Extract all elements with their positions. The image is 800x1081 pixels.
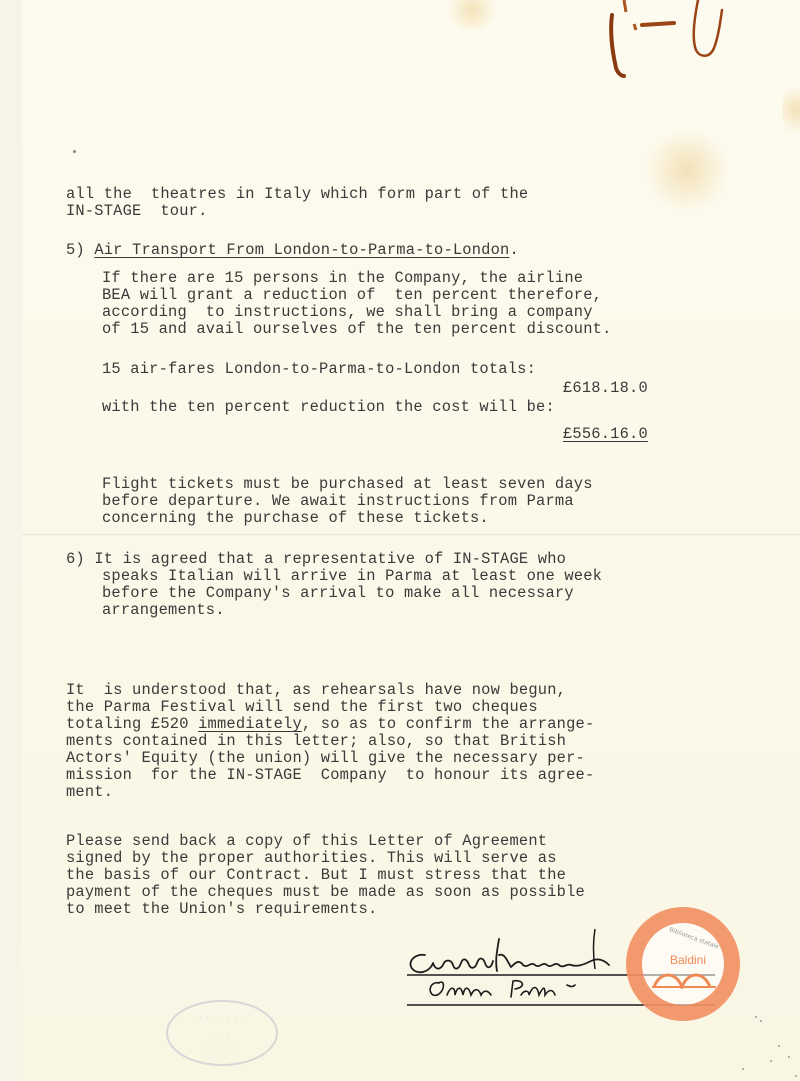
- watermark-name: Baldini: [670, 953, 706, 967]
- closing1-line3: totaling £520 immediately, so as to conf…: [66, 716, 594, 733]
- speckle: [770, 1060, 772, 1062]
- closing2-line3: the basis of our Contract. But I must st…: [66, 867, 566, 884]
- underlined-immediately: immediately: [198, 715, 302, 733]
- watermark-small-text: Biblioteca statale: [668, 926, 719, 950]
- speckle: [795, 1075, 797, 1077]
- section-5-para2-line1: Flight tickets must be purchased at leas…: [102, 476, 593, 493]
- book-arches-icon: [652, 967, 716, 989]
- speckle: [788, 1056, 790, 1058]
- paper-fold-line: [22, 534, 800, 535]
- section-6-line3: before the Company's arrival to make all…: [102, 585, 574, 602]
- baldini-library-watermark: Biblioteca statale Baldini: [626, 907, 740, 1021]
- closing2-line4: payment of the cheques must be made as s…: [66, 884, 585, 901]
- fares-line-1: 15 air-fares London-to-Parma-to-London t…: [102, 361, 536, 378]
- discounted-total-value: £556.16.0: [563, 425, 648, 443]
- fares-total: £618.18.0: [563, 380, 648, 397]
- speckle: [778, 1045, 780, 1047]
- paperclip-rust-mark: [598, 0, 738, 80]
- paper-stain: [782, 80, 800, 140]
- closing1-line5: Actors' Equity (the union) will give the…: [66, 750, 585, 767]
- closing1-line1: It is understood that, as rehearsals hav…: [66, 682, 566, 699]
- heading-text: Air Transport From London-to-Parma-to-Lo…: [94, 241, 509, 259]
- section-5-para2-line2: before departure. We await instructions …: [102, 493, 574, 510]
- closing1-line6: mission for the IN-STAGE Company to hono…: [66, 767, 594, 784]
- section-5-para1-line4: of 15 and avail ourselves of the ten per…: [102, 321, 612, 338]
- fares-line-2: with the ten percent reduction the cost …: [102, 399, 555, 416]
- paper-stain: [442, 0, 502, 30]
- fares-discounted-total: £556.16.0: [563, 426, 648, 443]
- section-6-text: It is agreed that a representative of IN…: [94, 550, 566, 568]
- closing2-line5: to meet the Union's requirements.: [66, 901, 377, 918]
- speckle: [760, 1020, 762, 1022]
- heading-period: .: [510, 241, 519, 259]
- closing2-line2: signed by the proper authorities. This w…: [66, 850, 557, 867]
- intro-line-2: IN-STAGE tour.: [66, 203, 208, 220]
- closing1-line4: ments contained in this letter; also, so…: [66, 733, 566, 750]
- section-6-line1: 6) It is agreed that a representative of…: [66, 551, 566, 568]
- library-archive-stamp: · · · · · · · · · · · · · · · ·: [166, 1000, 278, 1066]
- section-5-para1-line3: according to instructions, we shall brin…: [102, 304, 593, 321]
- section-6-line4: arrangements.: [102, 602, 225, 619]
- stamp-text-faded: · · · · · · ·: [168, 1014, 276, 1023]
- closing1-line7: ment.: [66, 784, 113, 801]
- speckle: [755, 1016, 757, 1018]
- section-5-para1-line1: If there are 15 persons in the Company, …: [102, 270, 583, 287]
- closing2-line1: Please send back a copy of this Letter o…: [66, 833, 547, 850]
- section-5-para1-line2: BEA will grant a reduction of ten percen…: [102, 287, 602, 304]
- stamp-text-faded: · · ·: [168, 1030, 276, 1039]
- text: totaling £520: [66, 715, 198, 733]
- closing1-line2: the Parma Festival will send the first t…: [66, 699, 538, 716]
- scan-left-margin: [0, 0, 22, 1081]
- speckle: [742, 1068, 744, 1070]
- section-number: 6): [66, 550, 85, 568]
- paper-stain: [642, 130, 732, 210]
- section-number: 5): [66, 241, 85, 259]
- section-5-para2-line3: concerning the purchase of these tickets…: [102, 510, 489, 527]
- section-5-heading: 5) Air Transport From London-to-Parma-to…: [66, 242, 519, 259]
- ink-dot: [73, 150, 76, 153]
- intro-line-1: all the theatres in Italy which form par…: [66, 186, 528, 203]
- section-6-line2: speaks Italian will arrive in Parma at l…: [102, 568, 602, 585]
- text: , so as to confirm the arrange-: [302, 715, 595, 733]
- stamp-text-faded: · · · · · ·: [168, 1044, 276, 1053]
